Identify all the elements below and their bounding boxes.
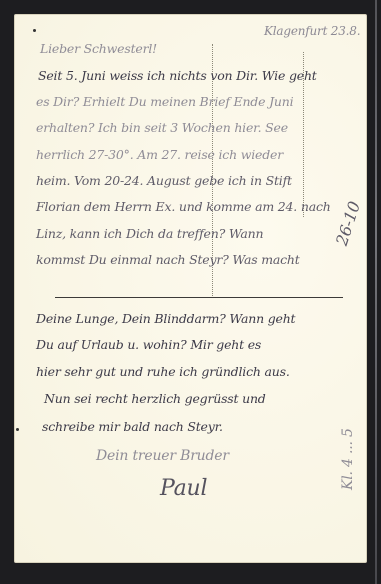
text-line-5: heim. Vom 20-24. August gebe ich in Stif… [36, 173, 292, 188]
text-line-13: schreibe mir bald nach Steyr. [42, 419, 223, 434]
scan-edge-line [375, 0, 377, 584]
text-line-10: Du auf Urlaub u. wohin? Mir geht es [36, 337, 261, 352]
text-line-4: herrlich 27-30°. Am 27. reise ich wieder [36, 147, 283, 162]
text-line-11: hier sehr gut und ruhe ich gründlich aus… [36, 364, 290, 379]
text-line-8: kommst Du einmal nach Steyr? Was macht [36, 252, 300, 267]
signature: Paul [160, 476, 207, 501]
place-date: Klagenfurt 23.8. [264, 24, 360, 38]
text-line-7: Linz, kann ich Dich da treffen? Wann [36, 226, 263, 241]
text-line-2: es Dir? Erhielt Du meinen Brief Ende Jun… [36, 94, 293, 109]
ink-dot [16, 428, 19, 431]
text-line-6: Florian dem Herrn Ex. und komme am 24. n… [36, 199, 331, 214]
text-line-12: Nun sei recht herzlich gegrüsst und [44, 391, 266, 406]
margin-note-side: Kl. 4 ... 5 [340, 428, 356, 490]
salutation: Lieber Schwesterl! [40, 41, 157, 56]
text-line-9: Deine Lunge, Dein Blinddarm? Wann geht [36, 311, 295, 326]
closing: Dein treuer Bruder [96, 448, 229, 464]
postcard-back: Klagenfurt 23.8. Lieber Schwesterl! Seit… [14, 14, 367, 563]
text-line-1: Seit 5. Juni weiss ich nichts von Dir. W… [38, 68, 317, 83]
divider-horizontal [55, 297, 343, 298]
text-line-3: erhalten? Ich bin seit 3 Wochen hier. Se… [36, 120, 288, 135]
ink-dot [33, 29, 36, 32]
margin-note-top: 26-10 [332, 199, 364, 248]
